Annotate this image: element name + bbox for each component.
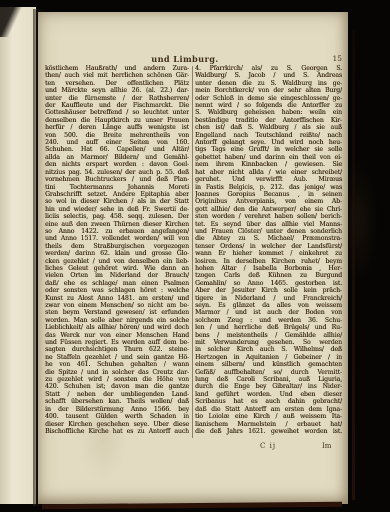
text-line: vielen Orten im Niderland der Brauch/ (45, 272, 189, 279)
text-line: solchem Zeug : und werden 36. Schu- (195, 317, 342, 324)
facing-page-edge (0, 7, 36, 504)
text-line: lung deß Caroli Scribani, auß Liguria, (195, 376, 342, 383)
text-line: 400. tausent Gülden werth Schaden in (45, 413, 189, 420)
text-line: hin und wieder/ sehe in deß Fr. Swertii … (45, 206, 189, 213)
text-line: Bischoffliche Kirche hat es zu Antorff a… (45, 428, 189, 435)
text-line: oder sonsten was schlagen höret : welche (45, 287, 189, 294)
text-line: tet. Es seynd über das allhie viel Manns… (195, 221, 342, 228)
book-scan: und Limburg. 15 köstlichem Haußrath/ und… (0, 0, 390, 512)
text-line: liches Geleut gehöret wird. Wie dann an (45, 265, 189, 272)
text-line: Gemahlin/ so Anno 1465. gestorben ist. (195, 280, 342, 287)
text-line: 420. Schuhen ist; davon man die gantze (45, 383, 189, 390)
text-line: die Abtey zu S. Michael/ Præmonstra- (195, 235, 342, 242)
text-line: Hertzogen in Aquitanien / Gebeiner / in (195, 354, 342, 361)
catchword: Im (322, 442, 331, 450)
text-line: tini Tochtermanns Johannis Moreti (45, 184, 189, 191)
paper-stain (338, 162, 378, 282)
text-line: Antorff gelangt seye. Und wird noch heu- (195, 139, 342, 146)
text-line: geruhet. Und verwirfft Aub. Miræus (195, 176, 342, 183)
cover-edge (352, 30, 355, 500)
text-line: Gefäß/ auffbehalten/ so/ durch Vermitt- (195, 369, 342, 376)
text-line: seyn. Es glänzet da alles von weissem (195, 302, 342, 309)
text-line: dieser Kirchen geschehen seye. Uber dies… (45, 421, 189, 428)
text-line: tenser Ordens/ in welcher der Landsfürst… (195, 243, 342, 250)
text-line: Originibus Antverpianis, von einem Ab- (195, 198, 342, 205)
text-line: daß die Statt Antorff am ersten dem Igna… (195, 406, 342, 413)
text-line: liciis selectis, pag. 458. seqq. zulesen… (45, 213, 189, 220)
text-line: und Füssen regiert. Es werden auff dem b… (45, 339, 189, 346)
text-line: mit Verwunderung gesehen. So werden (195, 339, 342, 346)
text-line: die Spitze / und in solcher das Creutz d… (45, 369, 189, 376)
text-line: wann Er hieher kommet / einkehret zu (195, 250, 342, 257)
text-line: das Werck nur von einer Menschen Hand (45, 332, 189, 339)
text-line: mein Borchtkerck/ von der sehr alten Bur… (195, 87, 342, 94)
text-line: in solcher Kirch auch S. Wilhelms/ deß (195, 346, 342, 353)
text-line: len / und herrliche deß Brügels/ und Ru- (195, 324, 342, 331)
text-line: vornehmen Buchtruckers / und deß Plan- (45, 176, 189, 183)
text-line: in der Bilderstürmung Anno 1566. bey (45, 406, 189, 413)
text-line: so Anno 1422. zu erbauen angefangen/ (45, 228, 189, 235)
text-line: tzogen Carls deß Kühnen zu Burgund (195, 272, 342, 279)
text-line: von 500. die Breite mehrentheils von (45, 132, 189, 139)
text-line: S. Waldburg geheissen haben: weiln ein (195, 109, 342, 116)
text-line: herfür / deren Länge auffs wenigste ist (45, 124, 189, 131)
text-line: nitzius pag. 54. zulesen/ der auch p. 55… (45, 169, 189, 176)
text-line: in Fastis Belgicis, p. 212. das jenige/ … (195, 184, 342, 191)
text-line: der Kauffleute und der Fischmarckt. Die (45, 102, 189, 109)
text-line: Engelland nach Teutschland reißte/ nach (195, 132, 342, 139)
text-line: cken gezehlet / und von denselben ein li… (45, 258, 189, 265)
text-line: beständige traditio der Antorffischen Ki… (195, 117, 342, 124)
text-line: worden. Man solle aber nirgends ein solc… (45, 317, 189, 324)
text-line: Schuhen. Hat 66. Capellen/ und Altär/ (45, 146, 189, 153)
text-line: werden/ darinn 62. klain und grosse Glo- (45, 250, 189, 257)
text-line: lianischem Marmelstein / erbauet hat/ (195, 421, 342, 428)
book-page: und Limburg. 15 köstlichem Haußrath/ und… (38, 12, 348, 504)
text-line: Aber der Jesuiter Kirch solle kein präch… (195, 287, 342, 294)
text-line: bens / meistentheils / Gemählde allhie/ (195, 332, 342, 339)
text-line: den nichts erspart worden : davon Goel- (45, 161, 189, 168)
text-line: unter denen die zu S. Waldburg ins ge- (195, 80, 342, 87)
text-line: hohen Altar / Isabella Borbonia , Her- (195, 265, 342, 272)
text-line: köstlichem Haußrath/ und andern Zura- (45, 65, 189, 72)
text-line: gebettet haben/ und darinn ein theil von… (195, 154, 342, 161)
text-line: Waldburg/ S. Jacob / und S. Andreas (195, 72, 342, 79)
text-column-right: 4. Pfarrkirch/ als/ zu S. Georgen S.Wald… (195, 65, 342, 435)
column-rule (192, 66, 193, 438)
text-line: Gotteshäuser betreffend / so leuchtet un… (45, 109, 189, 116)
text-line: Joannes Goropius Becanus , in seinen (195, 191, 342, 198)
text-line: und Anno 1517. vollendet worden/ will vo… (45, 235, 189, 242)
running-title: und Limburg. (151, 54, 218, 64)
text-line: nennt wird / so folgends die Antorffer z… (195, 102, 342, 109)
text-line: losiren. In derselben Kirchen ruhet/ bey… (195, 258, 342, 265)
page-number: 15 (332, 54, 342, 63)
text-line: land geführt worden. Und eben dieser (195, 391, 342, 398)
text-line: die deß Jahrs 1621. geweihet worden ist. (195, 428, 342, 435)
text-line: 240. und auff einer Seiten von 160. (45, 139, 189, 146)
text-line: then/ auch viel mit herrlichen schönen G… (45, 72, 189, 79)
text-line: Marmor / und ist auch der Boden von (195, 309, 342, 316)
text-line: gott allhie/ den die Antwerper/ ehe sie … (195, 206, 342, 213)
text-line: tio Loiolæ eine Kirch / auß weissem Ita- (195, 413, 342, 420)
text-line: ne Staffeln gezehlet / und sein gantze H… (45, 354, 189, 361)
text-line: he von 461. Schuhen gehalten / wann (45, 361, 189, 368)
text-line: zwar von einem Menschen/ so nicht am be- (45, 302, 189, 309)
page-header: und Limburg. 15 (38, 54, 348, 64)
text-line: Scribanus hat es auch dahin gebracht/ (195, 398, 342, 405)
text-line: schafft übersehen kan. Theils wollen/ da… (45, 398, 189, 405)
text-line: Grabschrifft setzet. Andere Epitaphia ab… (45, 191, 189, 198)
text-line: nem ihrem Kinnbacken / gewiesen. Sie (195, 161, 342, 168)
text-line: hat aber nicht allda / wie einer schreib… (195, 169, 342, 176)
text-line: sten worden / verehret haben sollen/ ber… (195, 213, 342, 220)
text-line: einem silbern/ und künstlich gemachten (195, 361, 342, 368)
signature-mark: C ij (260, 442, 276, 450)
text-line: ten versehen. Der offentlichen Plätz (45, 80, 189, 87)
text-line: zu gezehlet wird / sonsten die Höhe von (45, 376, 189, 383)
page-corner-fold (0, 7, 36, 37)
text-line: eine auß den zween Thürnen dieser Kirche… (45, 221, 189, 228)
text-line: theils dem Straßburgischen vorgezogen (45, 243, 189, 250)
text-line: tigere in Niderland / und Franckreich/ (195, 295, 342, 302)
text-line: Statt / neben der umbliegenden Land- (45, 391, 189, 398)
text-line: daß/ ehe es schlage/ man einen Psalmen (45, 280, 189, 287)
text-line: chen ist/ daß S. Waldburg / als sie auß (195, 124, 342, 131)
text-line: so wol in dieser Kirchen / als in der St… (45, 198, 189, 205)
text-line: sagten durchsichtigen Thurn 622. steine- (45, 346, 189, 353)
text-line: oder Schloß in deme sie eingeschlossen/ … (195, 95, 342, 102)
text-line: 4. Pfarrkirch/ als/ zu S. Georgen S. (195, 65, 342, 72)
text-line: und Märckte seyn allhie 26. (al. 22.) da… (45, 87, 189, 94)
text-line: denselben die Hauptkirch zu unser Frauen (45, 117, 189, 124)
text-column-left: köstlichem Haußrath/ und andern Zura-the… (45, 65, 189, 435)
text-line: allda an Marmor/ Bildern/ und Gemähl- (45, 154, 189, 161)
text-line: sten beym Verstand gewesen/ ist erfunden (45, 309, 189, 316)
text-line: unter die fürnemste / der Rathsherren/ (45, 95, 189, 102)
text-line: durch die Enge bey Gibraltar/ ins Nider- (195, 383, 342, 390)
text-line: Lieblichkeit/ als allhie/ hören/ und wir… (45, 324, 189, 331)
text-line: und Frauen Clöster/ unter denen sonderli… (195, 228, 342, 235)
text-line: Kunst zu Alost Anno 1481. am ersten/ und (45, 295, 189, 302)
text-line: tigs Tags eine Grufft/ in welcher sie so… (195, 146, 342, 153)
